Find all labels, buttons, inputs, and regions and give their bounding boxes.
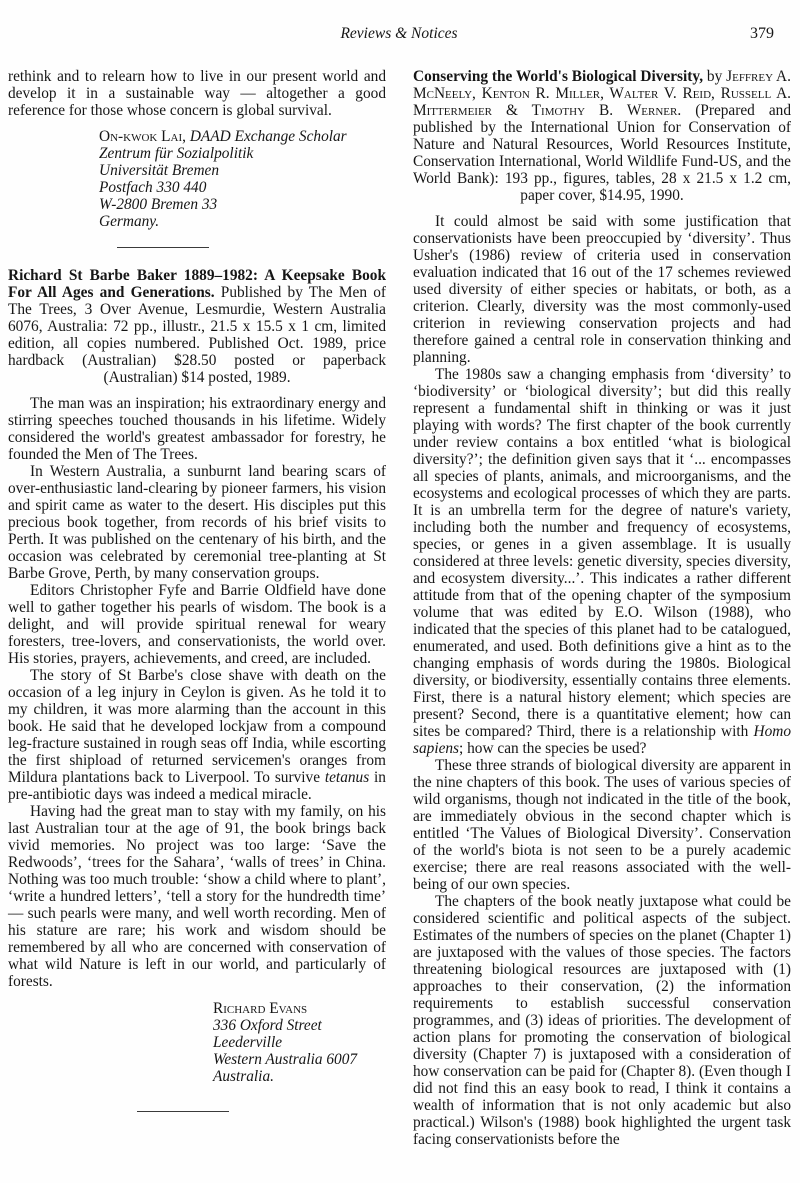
signature-address: 336 Oxford StreetLeedervilleWestern Aust… <box>213 1017 386 1085</box>
signature-block-evans: Richard Evans 336 Oxford StreetLeedervil… <box>213 1000 386 1085</box>
text-segment: ; how can the species be used? <box>459 740 646 757</box>
signature-address-line: Australia. <box>213 1068 386 1085</box>
text-segment: These three strands of biological divers… <box>413 757 791 893</box>
page-header: Reviews & Notices 379 <box>8 25 790 45</box>
text-segment: Conserving the World's Biological Divers… <box>413 68 703 85</box>
paragraph: The 1980s saw a changing emphasis from ‘… <box>413 366 791 757</box>
paragraph: The chapters of the book neatly juxtapos… <box>413 893 791 1148</box>
signature-address-line: Universität Bremen <box>99 162 386 179</box>
review-body-conserving: It could almost be said with some justif… <box>413 213 791 1148</box>
signature-address-line: 336 Oxford Street <box>213 1017 386 1034</box>
paragraph: Having had the great man to stay with my… <box>8 803 386 990</box>
text-segment: The chapters of the book neatly juxtapos… <box>413 893 791 1148</box>
paragraph: It could almost be said with some justif… <box>413 213 791 366</box>
text-segment: , <box>182 128 190 145</box>
signature-address-line: Leederville <box>213 1034 386 1051</box>
paragraph: The story of St Barbe's close shave with… <box>8 667 386 803</box>
running-title: Reviews & Notices <box>8 25 790 43</box>
signature-address-line: Zentrum für Sozialpolitik <box>99 145 386 162</box>
review-citation-baker: Richard St Barbe Baker 1889–1982: A Keep… <box>8 267 386 386</box>
signature-address-line: Western Australia 6007 <box>213 1051 386 1068</box>
review-citation-conserving: Conserving the World's Biological Divers… <box>413 68 791 204</box>
signature-block-lai: On-kwok Lai, DAAD Exchange Scholar Zentr… <box>99 128 386 230</box>
signature-address: Zentrum für SozialpolitikUniversität Bre… <box>99 145 386 230</box>
text-segment: It could almost be said with some justif… <box>413 213 791 366</box>
text-segment: The 1980s saw a changing emphasis from ‘… <box>413 366 791 740</box>
text-segment: tetanus <box>325 769 369 786</box>
text-segment: The man was an inspiration; his extraord… <box>8 395 386 463</box>
signature-name-line: On-kwok Lai, DAAD Exchange Scholar <box>99 128 386 145</box>
paragraph: These three strands of biological divers… <box>413 757 791 893</box>
paragraph: The man was an inspiration; his extraord… <box>8 395 386 463</box>
text-segment: In Western Australia, a sunburnt land be… <box>8 463 386 582</box>
left-column: rethink and to relearn how to live in ou… <box>8 68 386 1148</box>
review-body-baker: The man was an inspiration; his extraord… <box>8 395 386 990</box>
two-column-layout: rethink and to relearn how to live in ou… <box>8 68 791 1148</box>
signature-address-line: Postfach 330 440 <box>99 179 386 196</box>
section-divider <box>137 1111 229 1112</box>
signature-address-line: W-2800 Bremen 33 <box>99 196 386 213</box>
journal-page: Reviews & Notices 379 rethink and to rel… <box>0 0 800 1183</box>
signature-address-line: Germany. <box>99 213 386 230</box>
text-segment: by <box>703 68 726 85</box>
paragraph: In Western Australia, a sunburnt land be… <box>8 463 386 582</box>
paragraph: Editors Christopher Fyfe and Barrie Oldf… <box>8 582 386 667</box>
text-segment: On-kwok Lai <box>99 128 182 145</box>
page-number: 379 <box>750 25 774 43</box>
text-segment: rethink and to relearn how to live in ou… <box>8 68 386 119</box>
text-segment: Having had the great man to stay with my… <box>8 803 386 990</box>
continuation-paragraph: rethink and to relearn how to live in ou… <box>8 68 386 119</box>
right-column: Conserving the World's Biological Divers… <box>413 68 791 1148</box>
signature-name: Richard Evans <box>213 1000 386 1017</box>
section-divider <box>117 247 209 248</box>
text-segment: DAAD Exchange Scholar <box>190 128 347 145</box>
text-segment: Editors Christopher Fyfe and Barrie Oldf… <box>8 582 386 667</box>
